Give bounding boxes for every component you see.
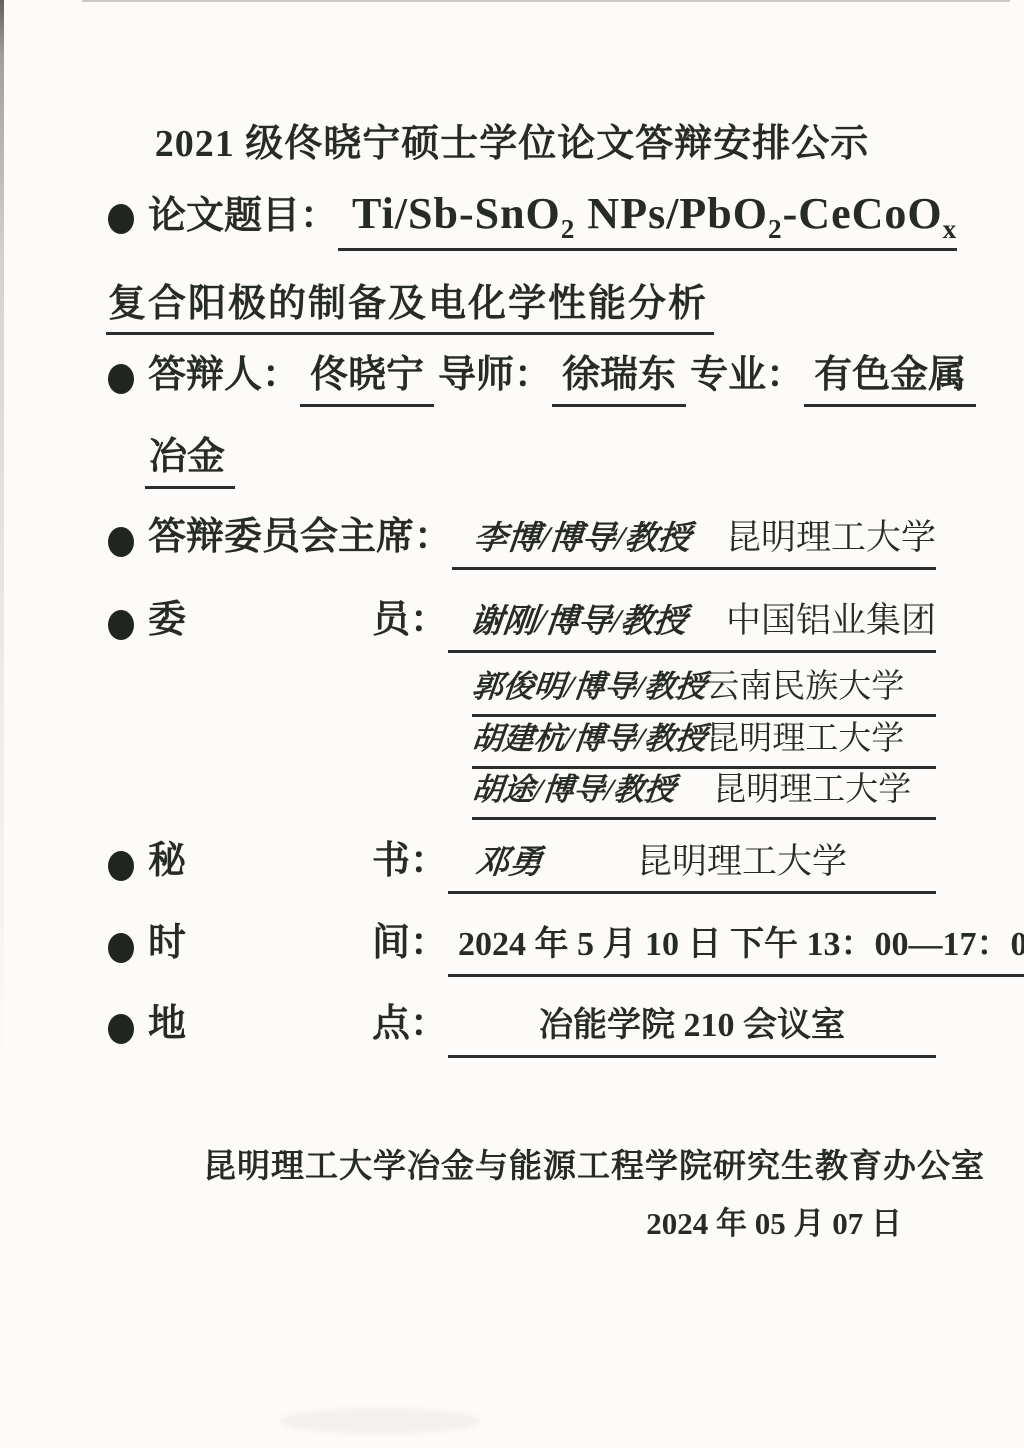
committee-label-char1: 委 [148, 597, 186, 645]
committee-member-entry: 谢刚/博导/教授 中国铝业集团 [448, 599, 936, 653]
chair-affiliation: 昆明理工大学 [726, 516, 936, 560]
committee-member-entry: 胡建杭/博导/教授 昆明理工大学 [472, 720, 936, 769]
formula-segment: Ti/Sb-SnO [352, 189, 561, 238]
committee-label-char2: 员： [372, 597, 448, 645]
advisor-name: 徐瑞东 [552, 352, 686, 407]
scan-left-edge-artifact [0, 0, 4, 1448]
committee-member-entry: 郭俊明/博导/教授 云南民族大学 [472, 668, 936, 717]
member-affiliation: 昆明理工大学 [713, 771, 911, 811]
committee-label: 委 员： [148, 597, 448, 645]
issuing-office: 昆明理工大学冶金与能源工程学院研究生教育办公室 [203, 1140, 985, 1187]
member-name: 郭俊明/博导/教授 [470, 668, 708, 705]
formula-subscript: 2 [561, 214, 576, 244]
member-affiliation: 中国铝业集团 [726, 599, 936, 643]
secretary-row: 秘 书： 邓勇 昆明理工大学 [108, 838, 936, 894]
venue-label: 地 点： [148, 1001, 448, 1049]
chair-name: 李博/博导/教授 [472, 519, 693, 560]
issue-date: 2024 年 05 月 07 日 [646, 1198, 902, 1243]
thesis-title-label: 论文题目： [148, 193, 338, 241]
bullet-icon [108, 527, 134, 557]
secretary-name: 邓勇 [474, 843, 544, 884]
venue-entry: 冶能学院 210 会议室 [448, 1005, 936, 1058]
venue-label-char1: 地 [148, 1001, 186, 1049]
advisor-label: 导师： [438, 352, 552, 400]
page-title: 2021 级佟晓宁硕士学位论文答辩安排公示 [0, 112, 1024, 167]
venue-row: 地 点： 冶能学院 210 会议室 [108, 1001, 936, 1058]
scan-smudge-artifact [280, 1408, 480, 1434]
chair-row: 答辩委员会主席： 李博/博导/教授 昆明理工大学 [108, 514, 936, 570]
member-affiliation: 昆明理工大学 [706, 720, 904, 760]
venue-value: 冶能学院 210 会议室 [539, 1005, 845, 1048]
bullet-icon [108, 610, 134, 640]
thesis-title-row: 论文题目： Ti/Sb-SnO2 NPs/PbO2-CeCoOx [108, 186, 936, 251]
announcement-page: 2021 级佟晓宁硕士学位论文答辩安排公示 论文题目： Ti/Sb-SnO2 N… [0, 0, 1024, 1448]
thesis-title-formula: Ti/Sb-SnO2 NPs/PbO2-CeCoOx [338, 186, 957, 251]
major-value-part2: 冶金 [145, 434, 235, 489]
bullet-icon [108, 851, 134, 881]
formula-segment: NPs/PbO [575, 189, 768, 238]
formula-segment: -CeCoO [783, 189, 943, 238]
chair-entry: 李博/博导/教授 昆明理工大学 [452, 516, 936, 570]
scan-top-edge-artifact [82, 0, 1010, 2]
time-entry: 2024 年 5 月 10 日 下午 13：00—17：00 [448, 924, 1024, 977]
secretary-label-char2: 书： [372, 838, 448, 886]
time-label-char1: 时 [148, 920, 186, 968]
chair-label: 答辩委员会主席： [148, 514, 452, 562]
thesis-title-line2: 复合阳极的制备及电化学性能分析 [106, 272, 714, 335]
bullet-icon [108, 1014, 134, 1044]
bullet-icon [108, 933, 134, 963]
bullet-icon [108, 204, 134, 234]
venue-label-char2: 点： [372, 1001, 448, 1049]
formula-subscript: 2 [768, 214, 783, 244]
member-name: 胡建杭/博导/教授 [470, 720, 708, 757]
secretary-label-char1: 秘 [148, 838, 186, 886]
secretary-label: 秘 书： [148, 838, 448, 886]
committee-row: 委 员： 谢刚/博导/教授 中国铝业集团 [108, 597, 936, 653]
time-label: 时 间： [148, 920, 448, 968]
member-affiliation: 云南民族大学 [706, 668, 904, 708]
time-value: 2024 年 5 月 10 日 下午 13：00—17：00 [458, 924, 1024, 967]
secretary-entry: 邓勇 昆明理工大学 [448, 840, 936, 894]
bullet-icon [108, 364, 134, 394]
member-name: 谢刚/博导/教授 [468, 602, 689, 643]
defender-row: 答辩人： 佟晓宁 导师： 徐瑞东 专业： 有色金属 [108, 352, 936, 407]
time-row: 时 间： 2024 年 5 月 10 日 下午 13：00—17：00 [108, 920, 936, 977]
committee-member-entry: 胡途/博导/教授 昆明理工大学 [472, 771, 936, 820]
member-name: 胡途/博导/教授 [470, 771, 677, 808]
major-value-part1: 有色金属 [804, 352, 976, 407]
defender-name: 佟晓宁 [300, 352, 434, 407]
major-label: 专业： [690, 352, 804, 400]
major-wrap-row: 冶金 [145, 434, 936, 489]
secretary-affiliation: 昆明理工大学 [637, 840, 847, 884]
time-label-char2: 间： [372, 920, 448, 968]
defender-label: 答辩人： [148, 352, 300, 400]
formula-subscript: x [943, 214, 958, 244]
